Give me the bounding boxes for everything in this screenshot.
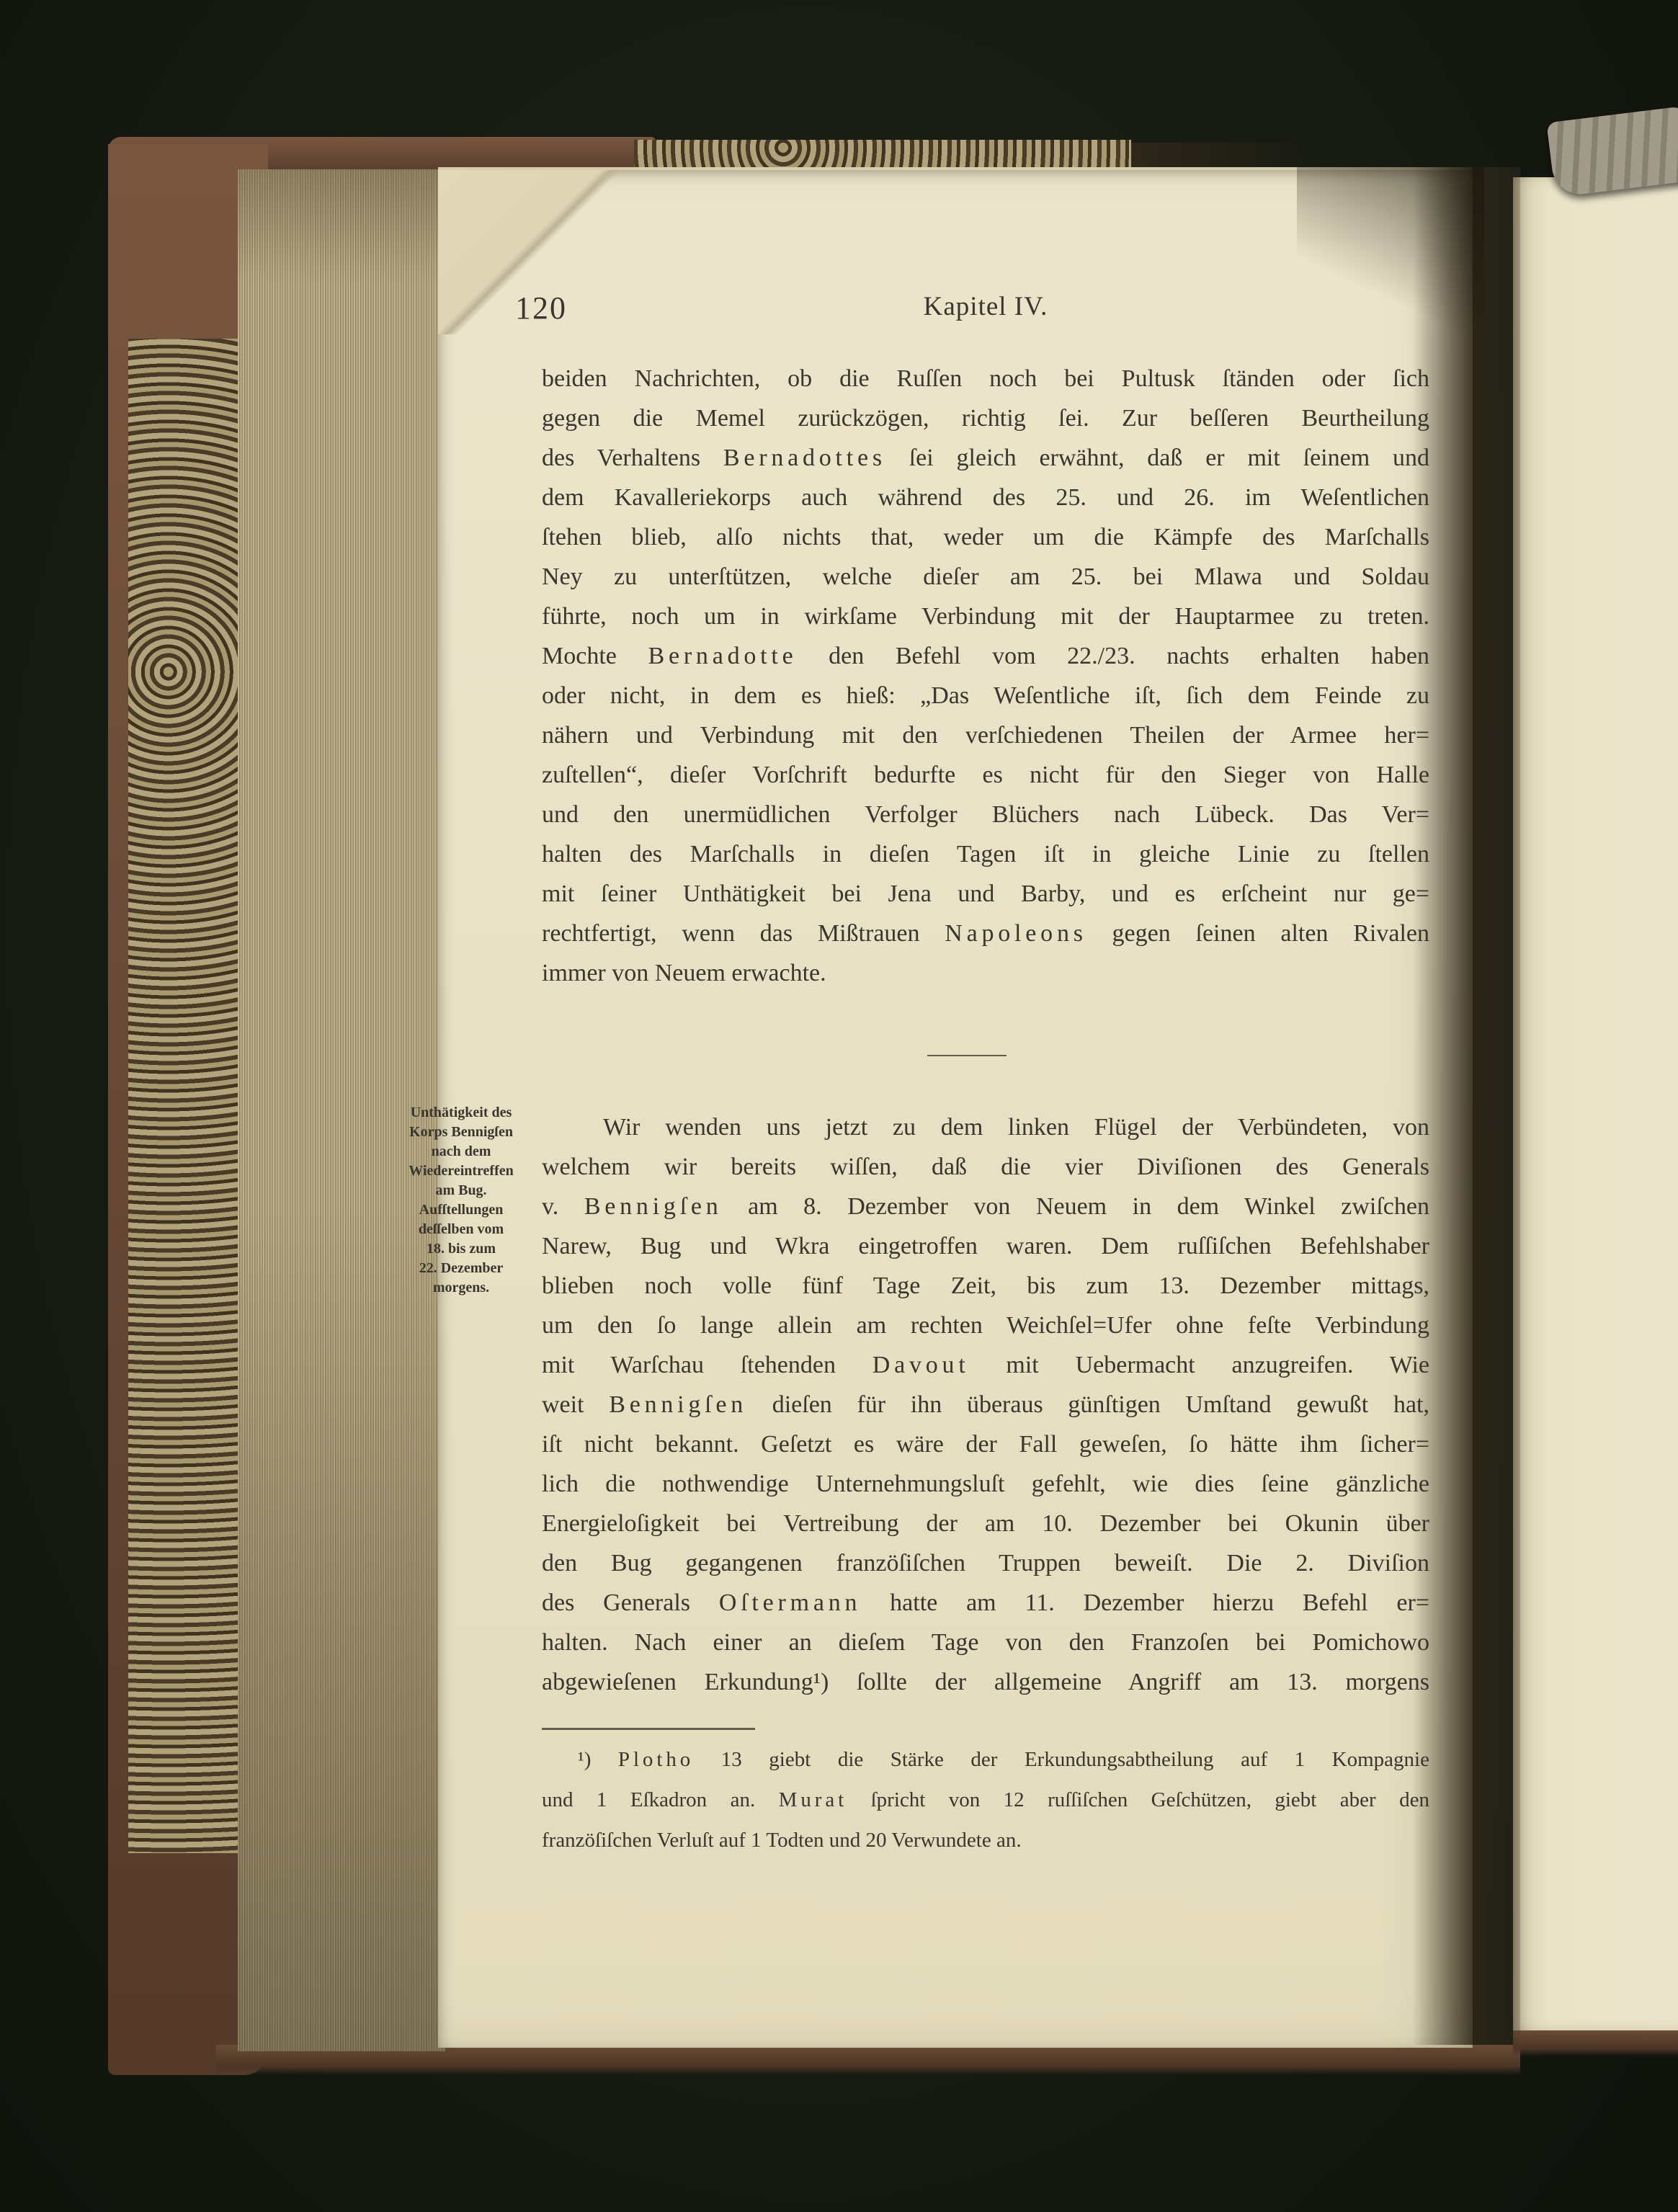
- footnote-rule: [542, 1728, 755, 1730]
- text-line: Aufſtellungen: [385, 1200, 537, 1220]
- text-line: abgewieſenen Erkundung¹) ſollte der allg…: [542, 1662, 1429, 1702]
- text-line: rechtfertigt, wenn das Mißtrauen Napoleo…: [542, 914, 1429, 953]
- text-line: weit Bennigſen dieſen für ihn überaus gü…: [542, 1385, 1429, 1424]
- text-line: morgens.: [385, 1278, 537, 1298]
- text-line: nach dem: [385, 1142, 537, 1161]
- text-line: halten. Nach einer an dieſem Tage von de…: [542, 1623, 1429, 1662]
- text-line: dem Kavalleriekorps auch während des 25.…: [542, 478, 1429, 517]
- paragraph-1: beiden Nachrichten, ob die Ruſſen noch b…: [542, 359, 1429, 993]
- text-line: führte, noch um in wirkſame Verbindung m…: [542, 597, 1429, 636]
- text-line: beiden Nachrichten, ob die Ruſſen noch b…: [542, 359, 1429, 398]
- text-line: den Bug gegangenen franzöſiſchen Truppen…: [542, 1543, 1429, 1583]
- right-page: [1513, 177, 1678, 2030]
- text-line: Ney zu unterſtützen, welche dieſer am 25…: [542, 557, 1429, 597]
- text-line: des Generals Oſtermann hatte am 11. Deze…: [542, 1583, 1429, 1623]
- text-line: halten des Marſchalls in dieſen Tagen iſ…: [542, 834, 1429, 874]
- text-line: Narew, Bug und Wkra eingetroffen waren. …: [542, 1226, 1429, 1266]
- running-header: Kapitel IV.: [542, 291, 1429, 322]
- text-line: franzöſiſchen Verluſt auf 1 Todten und 2…: [542, 1820, 1429, 1860]
- text-line: Wir wenden uns jetzt zu dem linken Flüge…: [542, 1107, 1429, 1147]
- text-line: Unthätigkeit des: [385, 1103, 537, 1123]
- margin-note: Unthätigkeit desKorps Bennigſennach demW…: [385, 1103, 537, 1298]
- curled-page-corner: [1546, 105, 1678, 197]
- text-line: um den ſo lange allein am rechten Weichſ…: [542, 1306, 1429, 1345]
- text-line: 18. bis zum: [385, 1239, 537, 1259]
- text-line: deſſelben vom: [385, 1220, 537, 1239]
- text-line: nähern und Verbindung mit den verſchiede…: [542, 715, 1429, 755]
- text-line: Energieloſigkeit bei Vertreibung der am …: [542, 1504, 1429, 1543]
- footnote: ¹) Plotho 13 giebt die Stärke der Erkund…: [542, 1739, 1429, 1860]
- text-line: oder nicht, in dem es hieß: „Das Weſentl…: [542, 676, 1429, 715]
- text-line: 22. Dezember: [385, 1259, 537, 1278]
- text-line: und 1 Eſkadron an. Murat ſpricht von 12 …: [542, 1780, 1429, 1820]
- text-line: immer von Neuem erwachte.: [542, 953, 1429, 993]
- text-line: Mochte Bernadotte den Befehl vom 22./23.…: [542, 636, 1429, 676]
- text-line: iſt nicht bekannt. Geſetzt es wäre der F…: [542, 1424, 1429, 1464]
- text-line: v. Bennigſen am 8. Dezember von Neuem in…: [542, 1187, 1429, 1226]
- text-line: lich die nothwendige Unternehmungsluſt g…: [542, 1464, 1429, 1504]
- paragraph-2: Wir wenden uns jetzt zu dem linken Flüge…: [542, 1107, 1429, 1702]
- text-line: mit ſeiner Unthätigkeit bei Jena und Bar…: [542, 874, 1429, 914]
- text-line: ſtehen blieb, alſo nichts that, weder um…: [542, 517, 1429, 557]
- text-line: gegen die Memel zurückzögen, richtig ſei…: [542, 398, 1429, 438]
- text-line: am Bug.: [385, 1181, 537, 1200]
- section-divider-rule: [927, 1055, 1007, 1056]
- book-photo: 120 Kapitel IV. beiden Nachrichten, ob d…: [0, 0, 1678, 2212]
- text-line: Korps Bennigſen: [385, 1123, 537, 1142]
- text-line: des Verhaltens Bernadottes ſei gleich er…: [542, 438, 1429, 478]
- text-line: zuſtellen“, dieſer Vorſchrift bedurfte e…: [542, 755, 1429, 795]
- text-line: mit Warſchau ſtehenden Davout mit Ueberm…: [542, 1345, 1429, 1385]
- text-line: ¹) Plotho 13 giebt die Stärke der Erkund…: [542, 1739, 1429, 1780]
- text-line: welchem wir bereits wiſſen, daß die vier…: [542, 1147, 1429, 1187]
- text-line: und den unermüdlichen Verfolger Blüchers…: [542, 795, 1429, 834]
- text-line: Wiedereintreffen: [385, 1161, 537, 1181]
- cover-bottom-edge-right: [1513, 2030, 1678, 2056]
- text-line: blieben noch volle fünf Tage Zeit, bis z…: [542, 1266, 1429, 1306]
